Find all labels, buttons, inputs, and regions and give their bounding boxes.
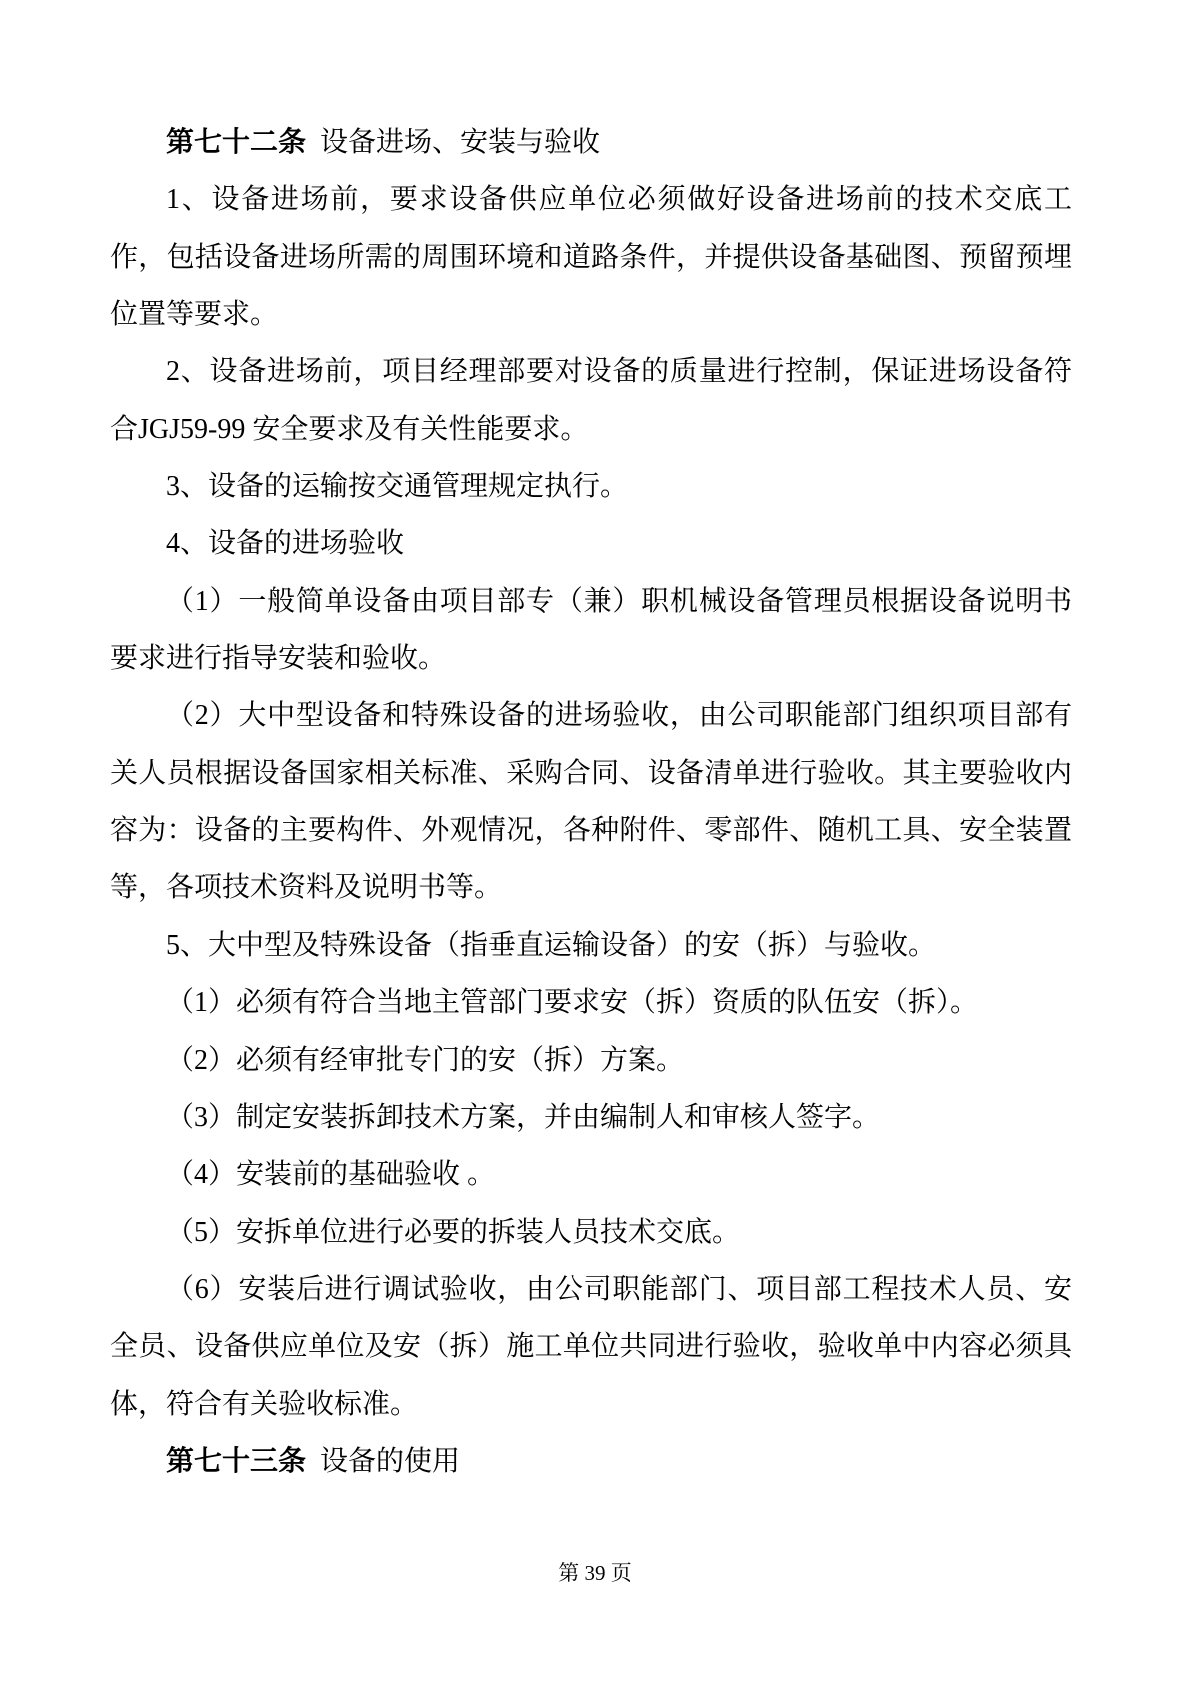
clause-5-item-4-paragraph: （4）安装前的基础验收 。 bbox=[110, 1146, 1072, 1203]
clause-4-paragraph: 4、设备的进场验收 bbox=[110, 515, 1072, 572]
clause-5-paragraph: 5、大中型及特殊设备（指垂直运输设备）的安（拆）与验收。 bbox=[110, 917, 1072, 974]
page-footer: 第 39 页 bbox=[0, 1558, 1190, 1588]
article-title: 设备的使用 bbox=[320, 1446, 460, 1477]
clause-5-item-6-paragraph: （6）安装后进行调试验收，由公司职能部门、项目部工程技术人员、安全员、设备供应单… bbox=[110, 1261, 1072, 1433]
article-number: 第七十二条 bbox=[166, 127, 306, 158]
article-73-heading: 第七十三条设备的使用 bbox=[110, 1433, 1072, 1490]
document-body: 第七十二条设备进场、安装与验收 1、设备进场前，要求设备供应单位必须做好设备进场… bbox=[110, 114, 1072, 1490]
clause-5-item-2-paragraph: （2）必须有经审批专门的安（拆）方案。 bbox=[110, 1032, 1072, 1089]
document-page: 第七十二条设备进场、安装与验收 1、设备进场前，要求设备供应单位必须做好设备进场… bbox=[0, 0, 1190, 1683]
clause-4-item-1-paragraph: （1）一般简单设备由项目部专（兼）职机械设备管理员根据设备说明书要求进行指导安装… bbox=[110, 573, 1072, 688]
clause-5-item-5-paragraph: （5）安拆单位进行必要的拆装人员技术交底。 bbox=[110, 1204, 1072, 1261]
article-title: 设备进场、安装与验收 bbox=[320, 127, 600, 158]
clause-1-paragraph: 1、设备进场前，要求设备供应单位必须做好设备进场前的技术交底工作，包括设备进场所… bbox=[110, 171, 1072, 343]
clause-2-paragraph: 2、设备进场前，项目经理部要对设备的质量进行控制，保证进场设备符合JGJ59-9… bbox=[110, 343, 1072, 458]
clause-5-item-1-paragraph: （1）必须有符合当地主管部门要求安（拆）资质的队伍安（拆）。 bbox=[110, 974, 1072, 1031]
clause-5-item-3-paragraph: （3）制定安装拆卸技术方案，并由编制人和审核人签字。 bbox=[110, 1089, 1072, 1146]
page-number: 第 39 页 bbox=[558, 1561, 632, 1585]
clause-3-paragraph: 3、设备的运输按交通管理规定执行。 bbox=[110, 458, 1072, 515]
clause-4-item-2-paragraph: （2）大中型设备和特殊设备的进场验收，由公司职能部门组织项目部有关人员根据设备国… bbox=[110, 687, 1072, 916]
article-number: 第七十三条 bbox=[166, 1446, 306, 1477]
article-72-heading: 第七十二条设备进场、安装与验收 bbox=[110, 114, 1072, 171]
